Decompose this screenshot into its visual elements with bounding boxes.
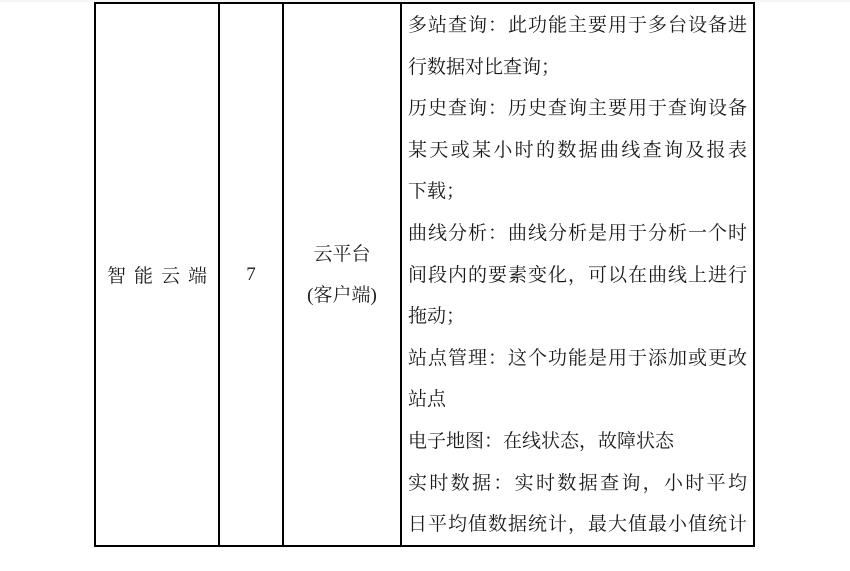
feature-line: 行数据对比查询； — [408, 47, 747, 89]
category-label: 智能云端 — [99, 261, 215, 288]
feature-line: 历史查询：历史查询主要用于查询设备 — [408, 88, 747, 130]
feature-line: 站点 — [408, 379, 747, 421]
cell-features: 多站查询：此功能主要用于多台设备进行数据对比查询；历史查询：历史查询主要用于查询… — [402, 4, 753, 545]
feature-line: 电子地图：在线状态，故障状态 — [408, 421, 747, 463]
feature-line: 实时数据：实时数据查询，小时平均值， — [408, 463, 747, 505]
spec-table: 智能云端 7 云平台 (客户端) 多站查询：此功能主要用于多台设备进行数据对比查… — [94, 2, 755, 547]
count-value: 7 — [246, 264, 256, 286]
feature-line: 间段内的要素变化，可以在曲线上进行 — [408, 255, 747, 297]
platform-name: 云平台 — [313, 234, 370, 275]
feature-line: 曲线分析：曲线分析是用于分析一个时 — [408, 213, 747, 255]
feature-line: 站点管理：这个功能是用于添加或更改 — [408, 338, 747, 380]
feature-line: 某天或某小时的数据曲线查询及报表 — [408, 130, 747, 172]
feature-line: 下载； — [408, 171, 747, 213]
feature-line: 多站查询：此功能主要用于多台设备进 — [408, 5, 747, 47]
cell-platform: 云平台 (客户端) — [284, 4, 402, 545]
feature-line: 拖动； — [408, 296, 747, 338]
cell-count: 7 — [220, 4, 284, 545]
cell-category: 智能云端 — [96, 4, 220, 545]
platform-subtitle: (客户端) — [307, 275, 377, 316]
feature-line: 日平均值数据统计，最大值最小值统计 — [408, 504, 747, 545]
